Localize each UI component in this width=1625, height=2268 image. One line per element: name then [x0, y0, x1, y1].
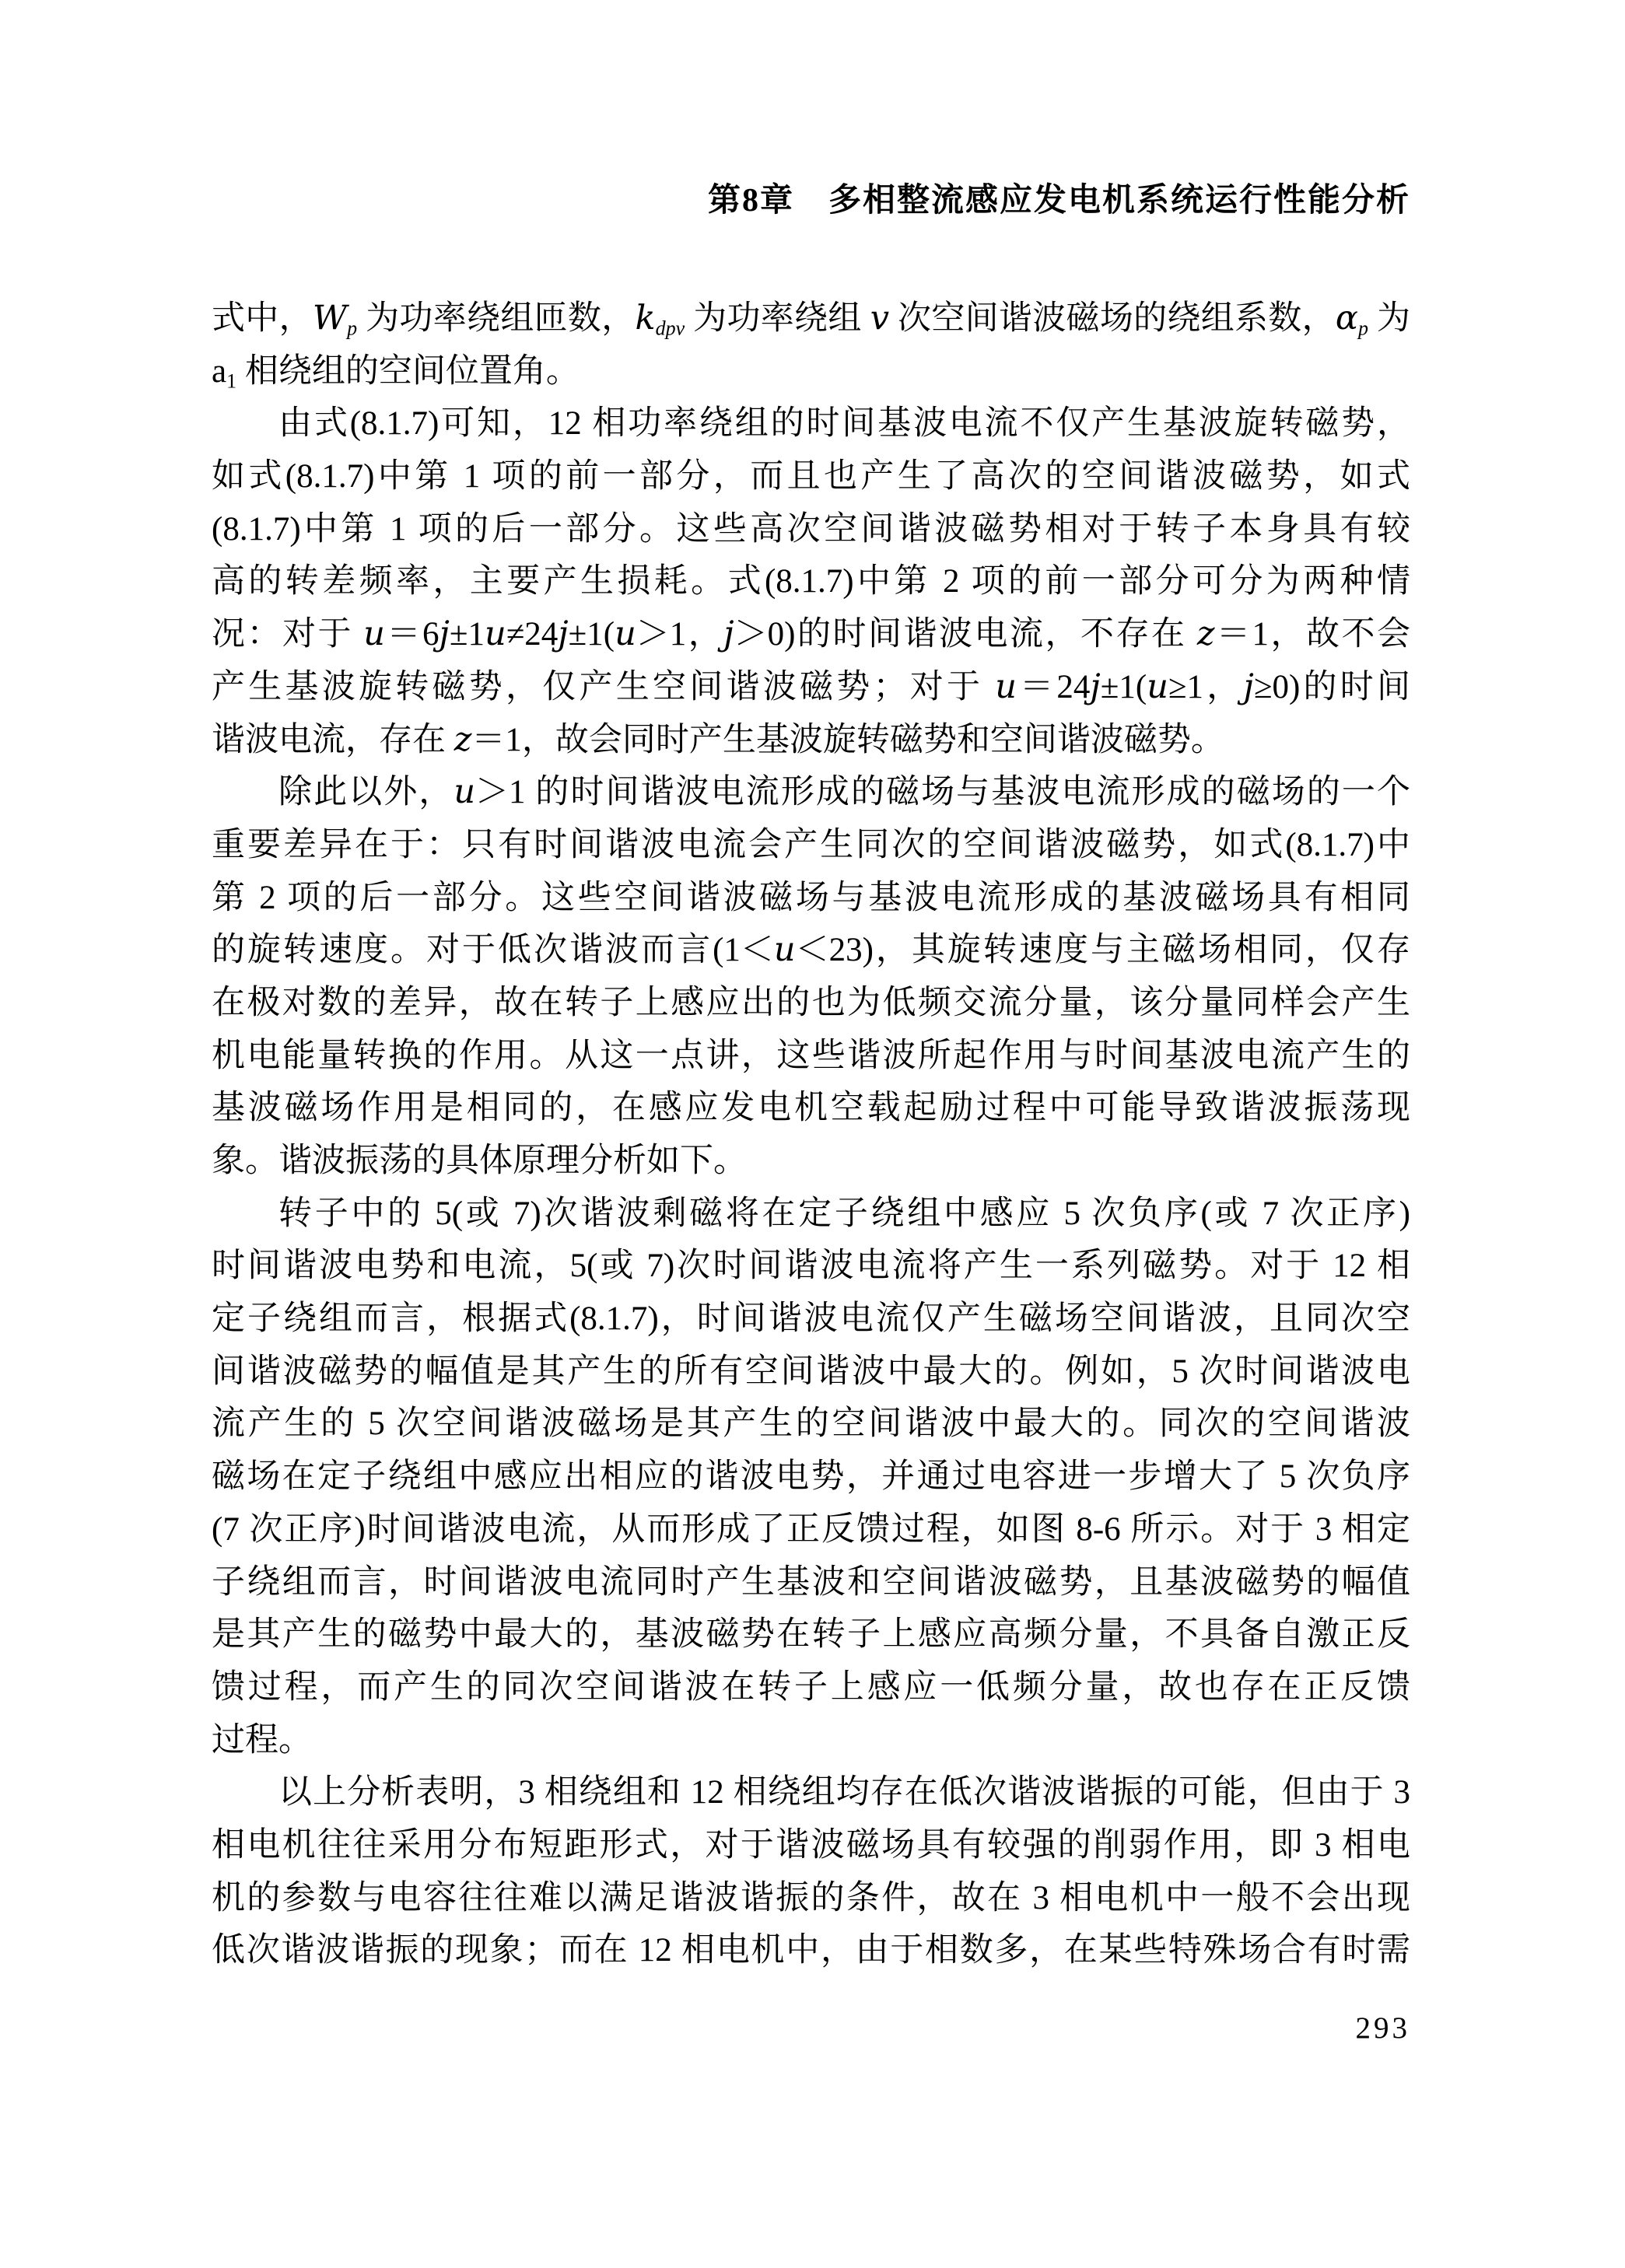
text-line: 机的参数与电容往往难以满足谐波谐振的条件，故在 3 相电机中一般不会出现 [212, 1872, 1410, 1925]
text-line: 由式(8.1.7)可知，12 相功率绕组的时间基波电流不仅产生基波旋转磁势， [212, 397, 1410, 450]
text-line: 间谐波磁势的幅值是其产生的所有空间谐波中最大的。例如，5 次时间谐波电 [212, 1346, 1410, 1398]
text-line: 式中，Wp 为功率绕组匝数，kdpv 为功率绕组 v 次空间谐波磁场的绕组系数，… [212, 292, 1410, 345]
text-line: 以上分析表明，3 相绕组和 12 相绕组均存在低次谐波谐振的可能，但由于 3 [212, 1766, 1410, 1819]
math-variable: j [558, 614, 568, 653]
paragraph: 式中，Wp 为功率绕组匝数，kdpv 为功率绕组 v 次空间谐波磁场的绕组系数，… [212, 292, 1410, 397]
math-variable: z [1197, 614, 1215, 653]
body-text: 式中，Wp 为功率绕组匝数，kdpv 为功率绕组 v 次空间谐波磁场的绕组系数，… [212, 292, 1410, 1977]
math-variable: u [363, 614, 385, 653]
text-line: 高的转差频率，主要产生损耗。式(8.1.7)中第 2 项的前一部分可分为两种情 [212, 555, 1410, 608]
math-variable: j [1244, 667, 1254, 706]
math-variable: u [1147, 667, 1168, 706]
paragraph: 转子中的 5(或 7)次谐波剩磁将在定子绕组中感应 5 次负序(或 7 次正序)… [212, 1188, 1410, 1767]
math-variable: α [1336, 299, 1358, 338]
text-line: 低次谐波谐振的现象；而在 12 相电机中，由于相数多，在某些特殊场合有时需 [212, 1924, 1410, 1977]
math-variable: u [454, 772, 475, 811]
paragraph: 由式(8.1.7)可知，12 相功率绕组的时间基波电流不仅产生基波旋转磁势，如式… [212, 397, 1410, 766]
text-line: 相电机往往采用分布短距形式，对于谐波磁场具有较强的削弱作用，即 3 相电 [212, 1819, 1410, 1872]
text-line: 定子绕组而言，根据式(8.1.7)，时间谐波电流仅产生磁场空间谐波，且同次空 [212, 1293, 1410, 1346]
text-line: 除此以外，u＞1 的时间谐波电流形成的磁场与基波电流形成的磁场的一个 [212, 766, 1410, 819]
math-variable: u [995, 667, 1017, 706]
math-variable: W [313, 299, 347, 338]
text-line: 子绕组而言，时间谐波电流同时产生基波和空间谐波磁势，且基波磁势的幅值 [212, 1556, 1410, 1609]
text-line: 馈过程，而产生的同次空间谐波在转子上感应一低频分量，故也存在正反馈 [212, 1661, 1410, 1714]
math-variable: j [1090, 667, 1100, 706]
text-line: 基波磁场作用是相同的，在感应发电机空载起励过程中可能导致谐波振荡现 [212, 1082, 1410, 1135]
math-subscript: p [1358, 317, 1368, 339]
text-line: 是其产生的磁势中最大的，基波磁势在转子上感应高频分量，不具备自激正反 [212, 1608, 1410, 1661]
text-line: 时间谐波电势和电流，5(或 7)次时间谐波电流将产生一系列磁势。对于 12 相 [212, 1240, 1410, 1293]
math-variable: v [870, 299, 889, 338]
text-line: 产生基波旋转磁势，仅产生空间谐波磁势；对于 u＝24j±1(u≥1，j≥0)的时… [212, 661, 1410, 714]
text-line: 在极对数的差异，故在转子上感应出的也为低频交流分量，该分量同样会产生 [212, 977, 1410, 1030]
math-variable: j [440, 614, 450, 653]
text-line: 机电能量转换的作用。从这一点讲，这些谐波所起作用与时间基波电流产生的 [212, 1030, 1410, 1083]
paragraph: 以上分析表明，3 相绕组和 12 相绕组均存在低次谐波谐振的可能，但由于 3相电… [212, 1766, 1410, 1977]
paragraph: 除此以外，u＞1 的时间谐波电流形成的磁场与基波电流形成的磁场的一个重要差异在于… [212, 766, 1410, 1188]
text-line: 过程。 [212, 1714, 1410, 1767]
text-line: 的旋转速度。对于低次谐波而言(1＜u＜23)，其旋转速度与主磁场相同，仅存 [212, 924, 1410, 977]
text-line: 重要差异在于：只有时间谐波电流会产生同次的空间谐波磁势，如式(8.1.7)中 [212, 819, 1410, 872]
page-number: 293 [212, 2011, 1410, 2046]
math-variable: u [615, 614, 636, 653]
math-subscript: p [347, 317, 357, 339]
text-line: (7 次正序)时间谐波电流，从而形成了正反馈过程，如图 8-6 所示。对于 3 … [212, 1503, 1410, 1556]
math-variable: u [774, 930, 796, 969]
text-line: 谐波电流，存在 z＝1，故会同时产生基波旋转磁势和空间谐波磁势。 [212, 714, 1410, 767]
text-line: 象。谐波振荡的具体原理分析如下。 [212, 1135, 1410, 1188]
math-variable: z [454, 720, 472, 759]
math-variable: u [485, 614, 506, 653]
text-line: a1 相绕组的空间位置角。 [212, 345, 1410, 398]
math-subscript: 1 [226, 369, 236, 392]
running-header: 第8章 多相整流感应发电机系统运行性能分析 [212, 181, 1410, 220]
book-page: 第8章 多相整流感应发电机系统运行性能分析 式中，Wp 为功率绕组匝数，kdpv… [0, 0, 1625, 2268]
text-line: (8.1.7)中第 1 项的后一部分。这些高次空间谐波磁势相对于转子本身具有较 [212, 503, 1410, 556]
math-variable: j [723, 614, 734, 653]
math-variable: k [636, 299, 656, 338]
text-line: 流产生的 5 次空间谐波磁场是其产生的空间谐波中最大的。同次的空间谐波 [212, 1398, 1410, 1451]
text-line: 如式(8.1.7)中第 1 项的前一部分，而且也产生了高次的空间谐波磁势，如式 [212, 450, 1410, 503]
text-line: 况：对于 u＝6j±1u≠24j±1(u＞1，j＞0)的时间谐波电流，不存在 z… [212, 608, 1410, 661]
math-subscript: dpv [656, 317, 685, 339]
text-line: 转子中的 5(或 7)次谐波剩磁将在定子绕组中感应 5 次负序(或 7 次正序) [212, 1188, 1410, 1241]
text-line: 磁场在定子绕组中感应出相应的谐波电势，并通过电容进一步增大了 5 次负序 [212, 1451, 1410, 1503]
text-line: 第 2 项的后一部分。这些空间谐波磁场与基波电流形成的基波磁场具有相同 [212, 872, 1410, 925]
